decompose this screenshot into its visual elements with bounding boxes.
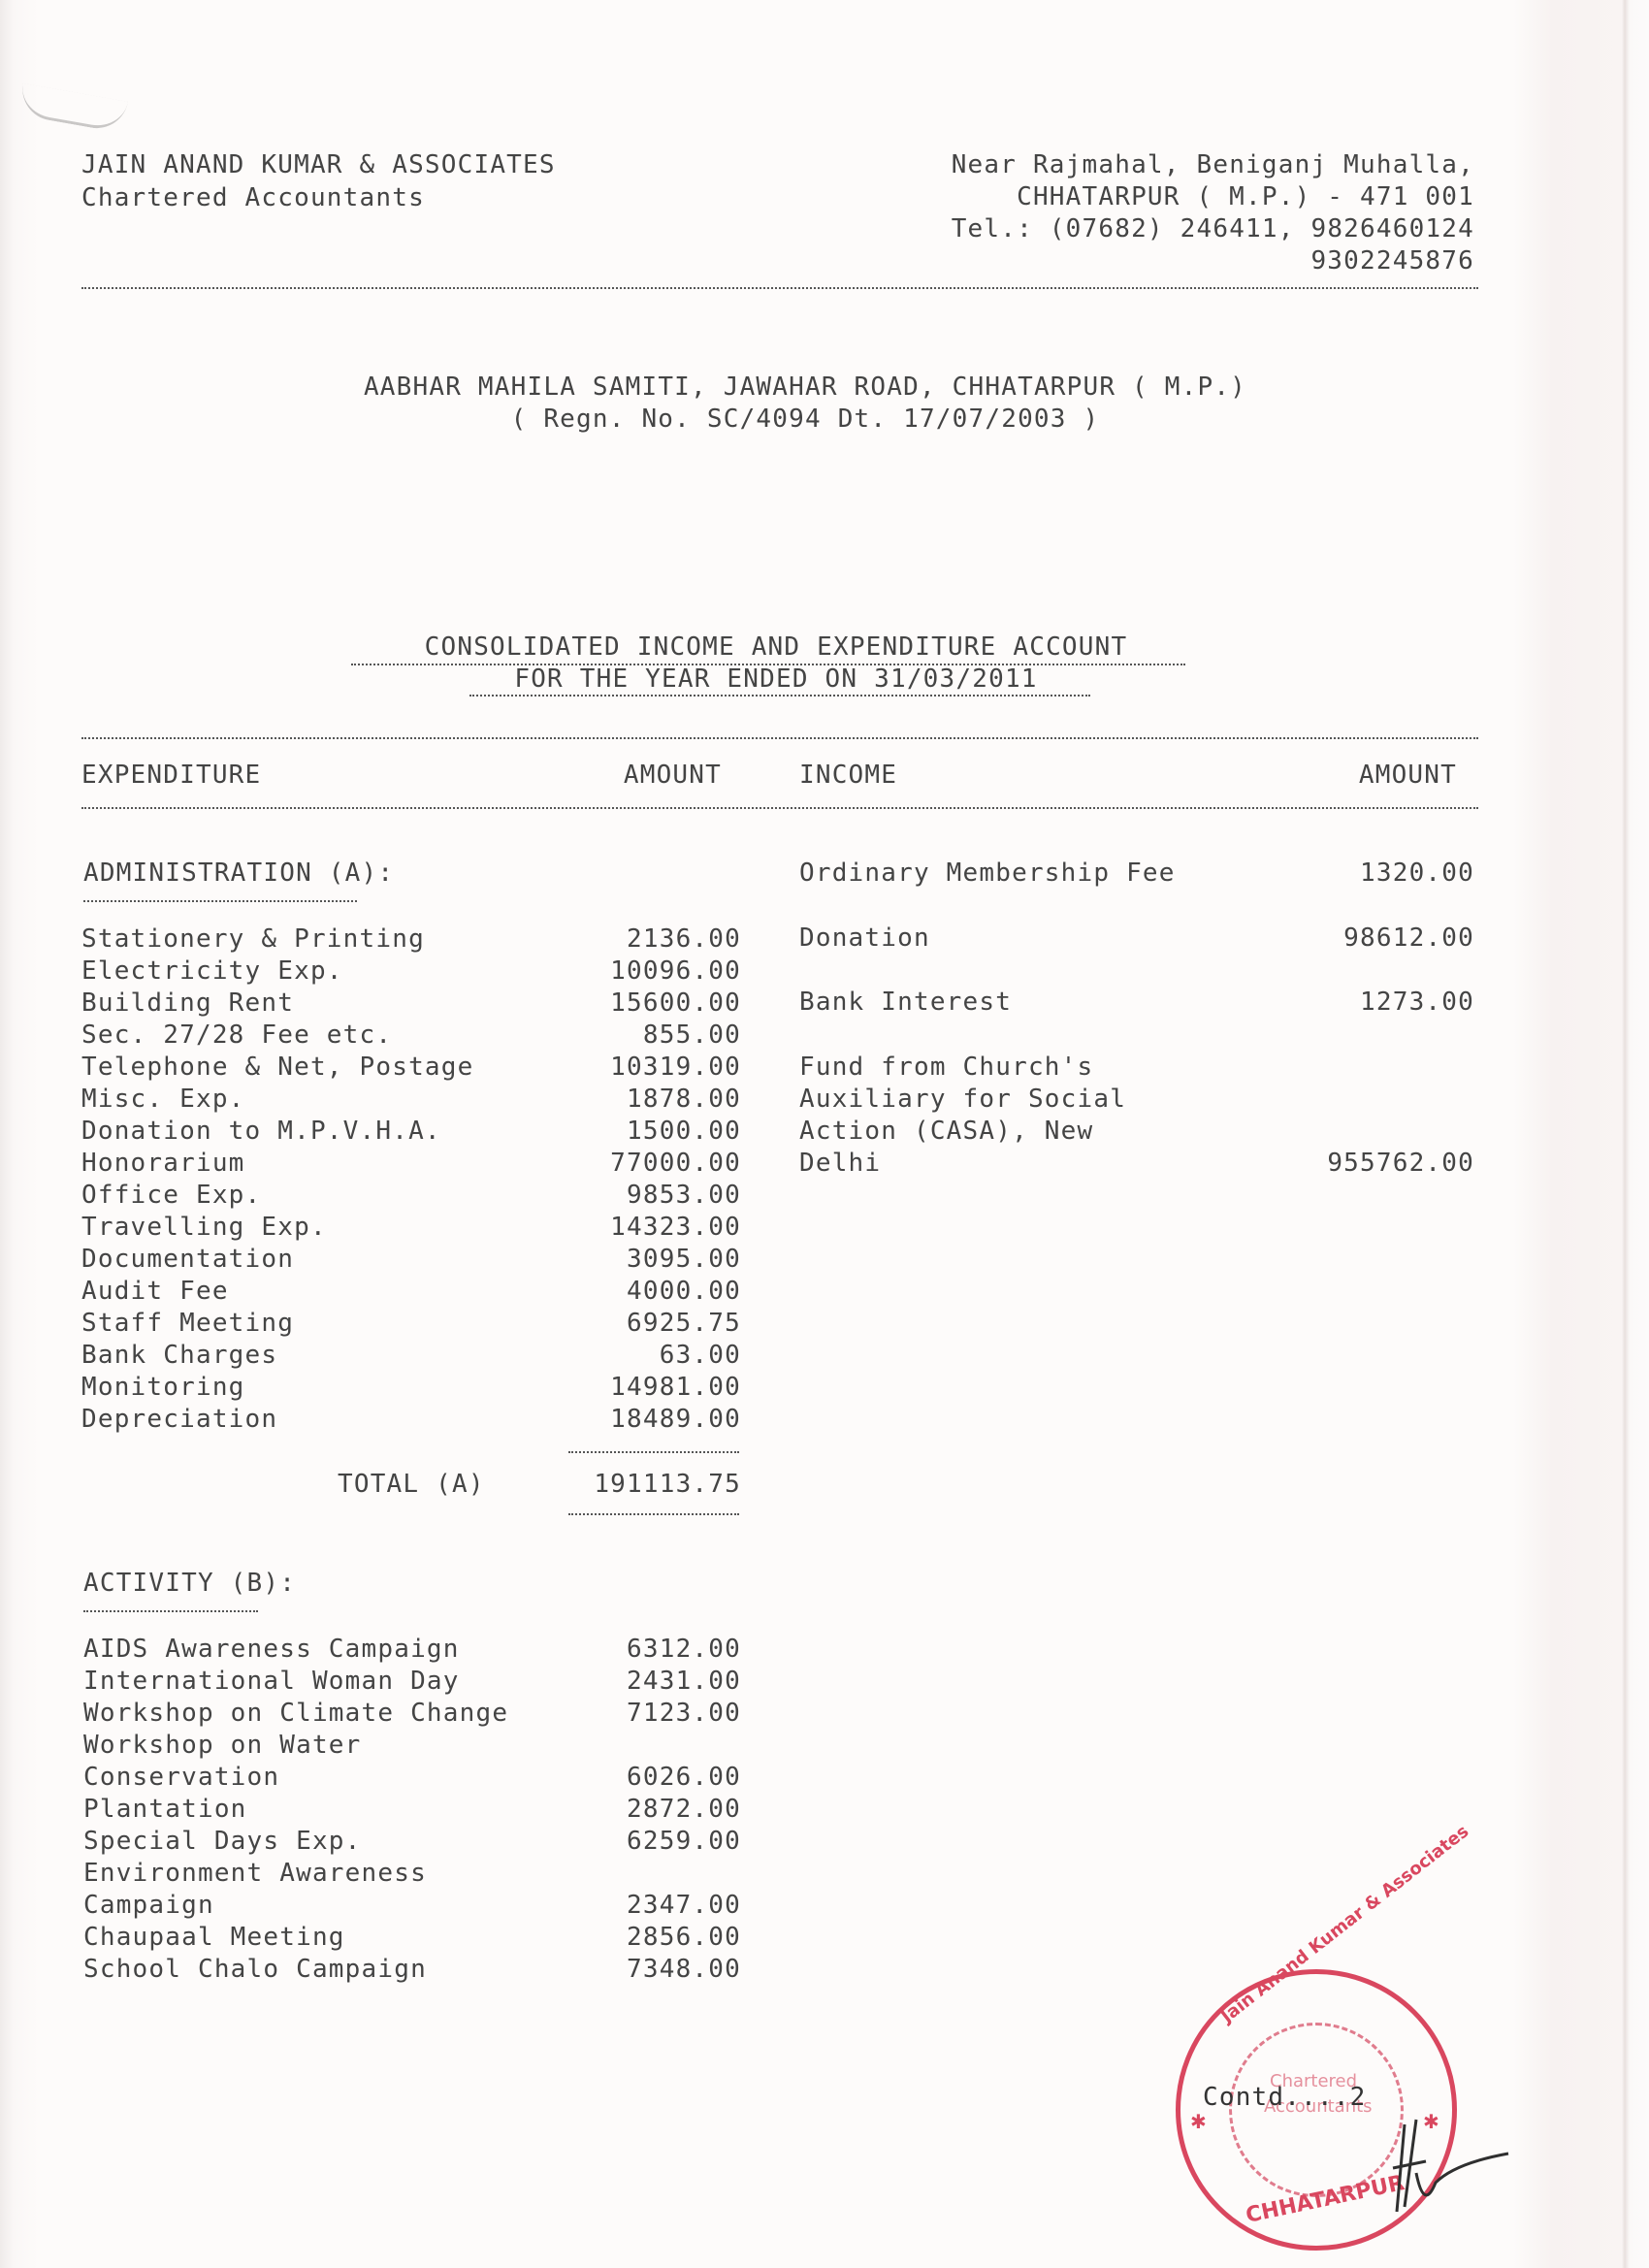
client-name-address: AABHAR MAHILA SAMITI, JAWAHAR ROAD, CHHA…	[0, 372, 1610, 404]
admin-item-amount: 9853.00	[627, 1180, 741, 1212]
admin-item-amount: 14323.00	[610, 1212, 741, 1244]
admin-item-label: Building Rent	[81, 988, 294, 1020]
activity-item-amount: 7123.00	[627, 1698, 741, 1730]
header-income: INCOME	[799, 760, 897, 792]
activity-item-amount: 2431.00	[627, 1666, 741, 1698]
firm-address-line1: Near Rajmahal, Beniganj Muhalla,	[952, 149, 1474, 181]
header-income-amount: AMOUNT	[1359, 760, 1457, 792]
table-top-divider	[81, 737, 1478, 739]
admin-item-amount: 15600.00	[610, 988, 741, 1020]
table-header-divider	[81, 807, 1478, 809]
activity-item-amount: 2347.00	[627, 1890, 741, 1922]
activity-item-label: Chaupaal Meeting	[83, 1922, 345, 1954]
firm-address-line2: CHHATARPUR ( M.P.) - 471 001	[1017, 181, 1474, 213]
admin-item-label: Audit Fee	[81, 1276, 229, 1308]
admin-item-amount: 855.00	[643, 1020, 741, 1052]
income-item-label: Donation	[799, 923, 930, 955]
income-item-amount: 98612.00	[1343, 923, 1474, 955]
admin-item-amount: 4000.00	[627, 1276, 741, 1308]
period-underline	[469, 695, 1090, 697]
total-a-top-rule	[568, 1451, 739, 1453]
admin-item-label: Bank Charges	[81, 1340, 277, 1372]
stamp-top-text: Jain Anand Kumar & Associates	[1217, 1821, 1472, 2026]
activity-item-label: Campaign	[83, 1890, 214, 1922]
statement-title: CONSOLIDATED INCOME AND EXPENDITURE ACCO…	[0, 632, 1552, 664]
income-item-label-line: Delhi	[799, 1148, 881, 1180]
activity-item-amount: 2856.00	[627, 1922, 741, 1954]
activity-item-label: Environment Awareness	[83, 1858, 427, 1890]
firm-phone-line2: 9302245876	[1310, 245, 1474, 277]
activity-item-amount: 2872.00	[627, 1794, 741, 1826]
admin-item-amount: 77000.00	[610, 1148, 741, 1180]
activity-item-label: International Woman Day	[83, 1666, 460, 1698]
firm-phone-line1: Tel.: (07682) 246411, 9826460124	[952, 213, 1474, 245]
admin-item-label: Donation to M.P.V.H.A.	[81, 1116, 441, 1148]
admin-item-amount: 3095.00	[627, 1244, 741, 1276]
activity-item-amount: 7348.00	[627, 1954, 741, 1986]
admin-item-label: Misc. Exp.	[81, 1084, 245, 1116]
activity-item-label: Workshop on Climate Change	[83, 1698, 508, 1730]
income-item-amount: 1273.00	[1360, 987, 1474, 1019]
activity-item-label: Workshop on Water	[83, 1730, 362, 1762]
income-item-label-line: Auxiliary for Social	[799, 1084, 1126, 1116]
continued-marker: Contd....2	[1203, 2082, 1367, 2114]
admin-item-label: Depreciation	[81, 1404, 277, 1436]
client-registration: ( Regn. No. SC/4094 Dt. 17/07/2003 )	[0, 404, 1610, 436]
activity-heading: ACTIVITY (B):	[83, 1568, 296, 1600]
firm-subtitle: Chartered Accountants	[81, 182, 425, 214]
activity-item-amount: 6259.00	[627, 1826, 741, 1858]
admin-item-label: Travelling Exp.	[81, 1212, 327, 1244]
firm-name: JAIN ANAND KUMAR & ASSOCIATES	[81, 149, 556, 181]
income-item-label: Ordinary Membership Fee	[799, 858, 1176, 890]
activity-item-label: AIDS Awareness Campaign	[83, 1634, 460, 1666]
income-item-label: Bank Interest	[799, 987, 1012, 1019]
admin-item-label: Office Exp.	[81, 1180, 261, 1212]
admin-item-amount: 10319.00	[610, 1052, 741, 1084]
scanned-page: JAIN ANAND KUMAR & ASSOCIATES Chartered …	[0, 0, 1649, 2268]
administration-heading-underline	[83, 900, 357, 902]
admin-item-amount: 14981.00	[610, 1372, 741, 1404]
admin-item-label: Stationery & Printing	[81, 923, 425, 956]
total-a-bottom-rule	[568, 1513, 739, 1515]
activity-item-amount: 6026.00	[627, 1762, 741, 1794]
administration-heading: ADMINISTRATION (A):	[83, 858, 394, 890]
header-expenditure: EXPENDITURE	[81, 760, 261, 792]
activity-heading-underline	[83, 1610, 258, 1612]
admin-item-label: Electricity Exp.	[81, 956, 343, 988]
activity-item-label: Conservation	[83, 1762, 279, 1794]
admin-item-amount: 63.00	[660, 1340, 741, 1372]
admin-item-label: Honorarium	[81, 1148, 245, 1180]
activity-item-label: School Chalo Campaign	[83, 1954, 427, 1986]
admin-item-amount: 10096.00	[610, 956, 741, 988]
activity-item-label: Special Days Exp.	[83, 1826, 362, 1858]
admin-item-label: Telephone & Net, Postage	[81, 1052, 473, 1084]
ink-smudge	[17, 83, 128, 134]
activity-item-label: Plantation	[83, 1794, 247, 1826]
income-item-amount: 955762.00	[1327, 1148, 1474, 1180]
signature-icon	[1387, 2115, 1513, 2221]
admin-item-amount: 1500.00	[627, 1116, 741, 1148]
admin-item-label: Staff Meeting	[81, 1308, 294, 1340]
header-expenditure-amount: AMOUNT	[624, 760, 722, 792]
admin-item-label: Documentation	[81, 1244, 294, 1276]
admin-item-label: Monitoring	[81, 1372, 245, 1404]
admin-item-amount: 2136.00	[627, 923, 741, 956]
admin-item-label: Sec. 27/28 Fee etc.	[81, 1020, 392, 1052]
admin-item-amount: 1878.00	[627, 1084, 741, 1116]
income-item-label-line: Action (CASA), New	[799, 1116, 1093, 1148]
total-a-amount: 191113.75	[594, 1469, 741, 1501]
statement-period: FOR THE YEAR ENDED ON 31/03/2011	[0, 664, 1552, 696]
admin-item-amount: 6925.75	[627, 1308, 741, 1340]
admin-item-amount: 18489.00	[610, 1404, 741, 1436]
income-item-amount: 1320.00	[1360, 858, 1474, 890]
activity-item-amount: 6312.00	[627, 1634, 741, 1666]
total-a-label: TOTAL (A)	[338, 1469, 485, 1501]
income-item-label-line: Fund from Church's	[799, 1052, 1093, 1084]
header-divider	[81, 287, 1478, 289]
